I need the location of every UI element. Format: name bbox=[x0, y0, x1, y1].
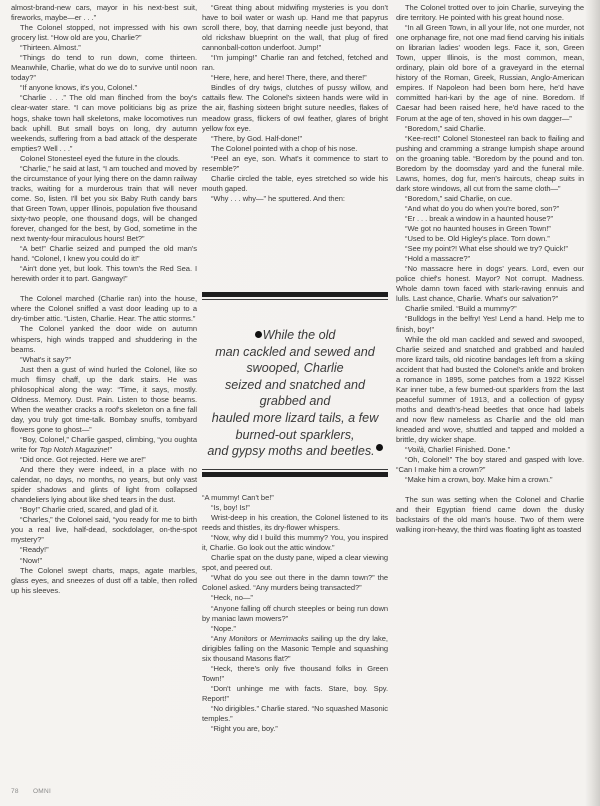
text-column-3: The Colonel trotted over to join Charlie… bbox=[396, 3, 584, 535]
paragraph: Colonel Stonesteel eyed the future in th… bbox=[11, 154, 197, 164]
paragraph: “There, by God. Half-done!” bbox=[202, 134, 388, 144]
paragraph: The Colonel trotted over to join Charlie… bbox=[396, 3, 584, 23]
pull-quote-top-rule bbox=[202, 292, 388, 300]
paragraph: “Kee-rect!” Colonel Stonesteel ran back … bbox=[396, 134, 584, 194]
paragraph: “Er . . . break a window in a haunted ho… bbox=[396, 214, 584, 224]
paragraph: “Right you are, boy.” bbox=[202, 724, 388, 734]
paragraph: “Now!” bbox=[11, 556, 197, 566]
paragraph: “What do you see out there in the damn t… bbox=[202, 573, 388, 593]
pull-quote-line: hauled more lizard tails, a few bbox=[202, 410, 388, 427]
pull-quote: While the old man cackled and sewed and … bbox=[202, 327, 388, 460]
paragraph: “Voilà, Charlie! Finished. Done.” bbox=[396, 445, 584, 455]
paragraph: “Anyone falling off church steeples or b… bbox=[202, 604, 388, 624]
paragraph: “Did once. Got rejected. Here we are!” bbox=[11, 455, 197, 465]
section-paragraph: The Colonel marched (Charlie ran) into t… bbox=[11, 294, 197, 324]
paragraph: “A mummy! Can't be!” bbox=[202, 493, 388, 503]
ship-name: Monitors bbox=[229, 634, 258, 643]
close-quote-mark-icon bbox=[376, 444, 383, 451]
paragraph: “Charlie . . .” The old man flinched fro… bbox=[11, 93, 197, 153]
paragraph: “Heck, no—” bbox=[202, 593, 388, 603]
paragraph: “Charles,” the Colonel said, “you ready … bbox=[11, 515, 197, 545]
paragraph: “Now, why did I build this mummy? You, y… bbox=[202, 533, 388, 553]
section-paragraph: The sun was setting when the Colonel and… bbox=[396, 495, 584, 535]
paragraph: Charlie spat on the dusty pane, wiped a … bbox=[202, 553, 388, 573]
ship-name: Merrimacks bbox=[270, 634, 309, 643]
paragraph: “Charlie,” he said at last, “I am touche… bbox=[11, 164, 197, 244]
voila-word: Voilà bbox=[407, 445, 423, 454]
magazine-title: Top Notch Magazine bbox=[39, 445, 107, 454]
pull-quote-line: While the old bbox=[202, 327, 388, 344]
paragraph: “Why . . . why—” he sputtered. And then: bbox=[202, 194, 388, 204]
paragraph: “Boredom,” said Charlie, on cue. bbox=[396, 194, 584, 204]
paragraph: “Boy!” Charlie cried, scared, and glad o… bbox=[11, 505, 197, 515]
pull-quote-line: seized and snatched and bbox=[202, 377, 388, 394]
paragraph: “Heck, there's only five thousand folks … bbox=[202, 664, 388, 684]
paragraph: “Any Monitors or Merrimacks sailing up t… bbox=[202, 634, 388, 664]
pull-quote-bottom-rule bbox=[202, 469, 388, 477]
paragraph: “We got no haunted houses in Green Town!… bbox=[396, 224, 584, 234]
thick-rule bbox=[202, 472, 388, 477]
paragraph: “Ain't done yet, but look. This town's t… bbox=[11, 264, 197, 284]
paragraph: “Things do tend to run down, come thirte… bbox=[11, 53, 197, 83]
text-column-2-bottom: “A mummy! Can't be!” “Is, boy! Is!” Wris… bbox=[202, 493, 388, 734]
paragraph: “What's it say?” bbox=[11, 355, 197, 365]
magazine-page: almost-brand-new cars, mayor in his next… bbox=[0, 0, 600, 806]
paragraph: “Peel an eye, son. What's it commence to… bbox=[202, 154, 388, 174]
text-column-1: almost-brand-new cars, mayor in his next… bbox=[11, 3, 197, 596]
paragraph: “No dirigibles.” Charlie stared. “No squ… bbox=[202, 704, 388, 724]
paragraph: “Make him a crown, boy. Make him a crown… bbox=[396, 475, 584, 485]
paragraph: “Bulldogs in the belfry! Yes! Lend a han… bbox=[396, 314, 584, 334]
paragraph: “And what do you do when you're bored, s… bbox=[396, 204, 584, 214]
pull-quote-line: and gypsy moths and beetles. bbox=[202, 443, 388, 460]
paragraph: “If anyone knows, it's you, Colonel.” bbox=[11, 83, 197, 93]
paragraph: “Used to be. Old Higley's place. Torn do… bbox=[396, 234, 584, 244]
paragraph: “In all Green Town, in all your life, no… bbox=[396, 23, 584, 123]
paragraph: “Oh, Colonel!” The boy stared and gasped… bbox=[396, 455, 584, 475]
pull-quote-line: man cackled and sewed and bbox=[202, 344, 388, 361]
paragraph: “Nope.” bbox=[202, 624, 388, 634]
paragraph: “Boredom,” said Charlie. bbox=[396, 124, 584, 134]
paragraph: “Here, here, and here! There, there, and… bbox=[202, 73, 388, 83]
paragraph: “Don't unhinge me with facts. Stare, boy… bbox=[202, 684, 388, 704]
thick-rule bbox=[202, 292, 388, 297]
paragraph: Just then a gust of wind hurled the Colo… bbox=[11, 365, 197, 435]
page-number: 78 bbox=[11, 788, 19, 795]
paragraph: “Boy, Colonel,” Charlie gasped, climbing… bbox=[11, 435, 197, 455]
paragraph: The Colonel stopped, not impressed with … bbox=[11, 23, 197, 43]
paragraph: Charlie smiled. “Build a mummy?” bbox=[396, 304, 584, 314]
paragraph: “Great thing about midwifing mysteries i… bbox=[202, 3, 388, 53]
paragraph: almost-brand-new cars, mayor in his next… bbox=[11, 3, 197, 23]
paragraph: Charlie circled the table, eyes stretche… bbox=[202, 174, 388, 194]
pull-quote-line: burned-out sparklers, bbox=[202, 427, 388, 444]
magazine-name: OMNI bbox=[33, 788, 51, 795]
paragraph: The Colonel pointed with a chop of his n… bbox=[202, 144, 388, 154]
pull-quote-line: grabbed and bbox=[202, 393, 388, 410]
paragraph: While the old man cackled and sewed and … bbox=[396, 335, 584, 446]
text-run: !” bbox=[107, 445, 112, 454]
paragraph: And there they were indeed, in a place w… bbox=[11, 465, 197, 505]
page-footer: 78 OMNI bbox=[11, 788, 51, 795]
paragraph: Bindles of dry twigs, clutches of pussy … bbox=[202, 83, 388, 133]
text-column-2-top: “Great thing about midwifing mysteries i… bbox=[202, 3, 388, 204]
pull-quote-line: swooped, Charlie bbox=[202, 360, 388, 377]
paragraph: “Ready!” bbox=[11, 545, 197, 555]
paragraph: “I'm jumping!” Charlie ran and fetched, … bbox=[202, 53, 388, 73]
thin-rule bbox=[202, 299, 388, 300]
paragraph: “A bet!” Charlie seized and pumped the o… bbox=[11, 244, 197, 264]
paragraph: “Thirteen. Almost.” bbox=[11, 43, 197, 53]
paragraph: The Colonel swept charts, maps, agate ma… bbox=[11, 566, 197, 596]
open-quote-mark-icon bbox=[255, 331, 262, 338]
paragraph: “No massacre here in dogs' years. Lord, … bbox=[396, 264, 584, 304]
paragraph: The Colonel yanked the door wide on autu… bbox=[11, 324, 197, 354]
paragraph: “Hold a massacre?” bbox=[396, 254, 584, 264]
paragraph: “Is, boy! Is!” bbox=[202, 503, 388, 513]
thin-rule bbox=[202, 469, 388, 470]
paragraph: Wrist-deep in his creation, the Colonel … bbox=[202, 513, 388, 533]
paragraph: “See my point?! What else should we try?… bbox=[396, 244, 584, 254]
